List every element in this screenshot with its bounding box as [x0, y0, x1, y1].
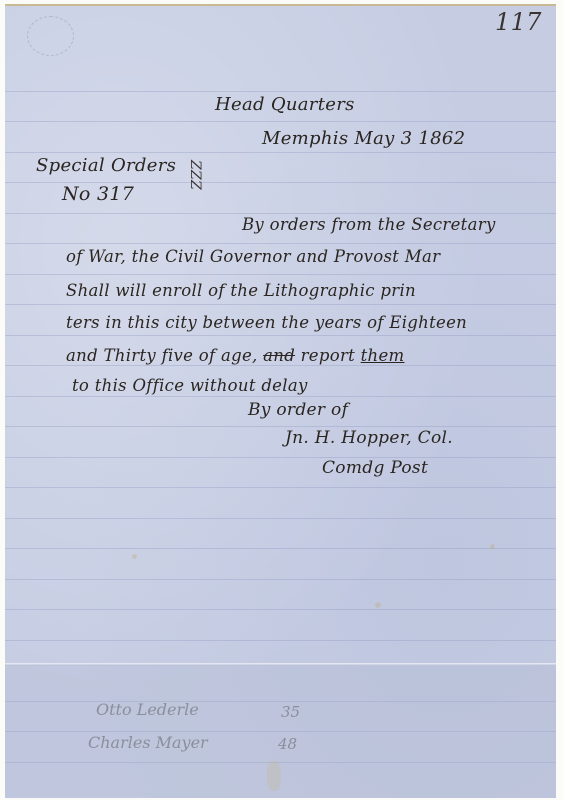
signature-title: Comdg Post	[322, 458, 428, 478]
dateline: Memphis May 3 1862	[262, 128, 465, 149]
body-line-5: and Thirty five of age, and report them	[66, 346, 405, 365]
ruled-line	[5, 487, 556, 488]
ruled-line	[5, 243, 556, 244]
ruled-line	[5, 548, 556, 549]
pencil-note-age-1: 35	[281, 703, 300, 721]
ruled-line	[5, 274, 556, 275]
ruled-line	[5, 365, 556, 366]
ruled-line	[5, 335, 556, 336]
ruled-line	[5, 609, 556, 610]
ruled-line	[5, 396, 556, 397]
body-line-1: By orders from the Secretary	[242, 215, 496, 234]
order-title: Special Orders	[36, 155, 176, 176]
ruled-line	[5, 426, 556, 427]
ruled-line	[5, 213, 556, 214]
body-line-3: Shall will enroll of the Lithographic pr…	[66, 281, 416, 300]
body-line-4: ters in this city between the years of E…	[66, 313, 467, 332]
body-line-5-end: report	[301, 346, 355, 365]
ruled-line	[5, 152, 556, 153]
underlined-word: them	[361, 346, 405, 365]
body-line-6: to this Office without delay	[72, 376, 308, 395]
margin-mark: ZZZ	[187, 160, 203, 190]
ruled-line	[5, 91, 556, 92]
embossed-seal	[27, 16, 74, 56]
ruled-line	[5, 121, 556, 122]
ruled-line	[5, 304, 556, 305]
ruled-line	[5, 640, 556, 641]
signature-name: Jn. H. Hopper, Col.	[285, 428, 453, 448]
ruled-line	[5, 579, 556, 580]
body-line-2: of War, the Civil Governor and Provost M…	[66, 247, 440, 266]
stain	[267, 761, 281, 791]
folio-number: 117	[495, 8, 542, 36]
ruled-line	[5, 518, 556, 519]
heading: Head Quarters	[215, 94, 355, 115]
stain	[375, 602, 381, 608]
ruled-line	[5, 457, 556, 458]
pencil-note-name-2: Charles Mayer	[88, 733, 208, 752]
body-line-5-text: and Thirty five of age,	[66, 346, 258, 365]
pencil-note-name-1: Otto Lederle	[96, 700, 199, 719]
pencil-note-age-2: 48	[278, 735, 297, 753]
stain	[490, 544, 495, 549]
by-order-line: By order of	[248, 400, 348, 420]
stain	[132, 554, 137, 559]
paper-fold	[5, 663, 556, 666]
struck-word: and	[263, 346, 295, 365]
order-number: No 317	[62, 183, 134, 205]
